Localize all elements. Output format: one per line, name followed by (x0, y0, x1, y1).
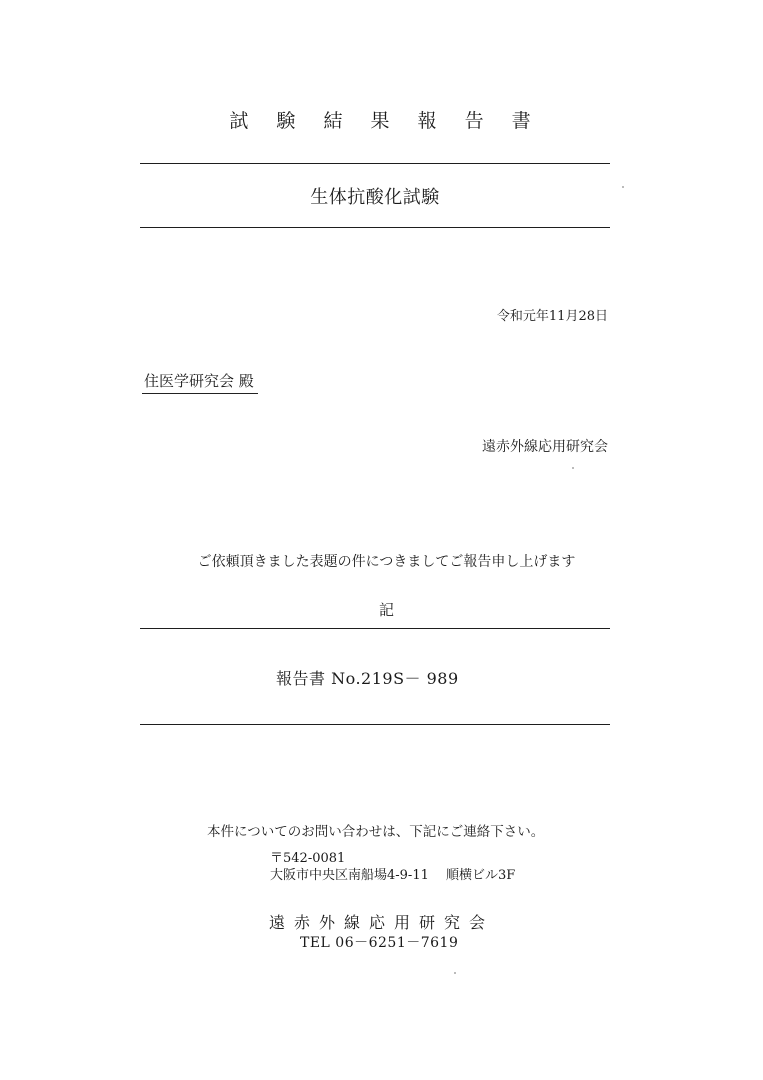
street-address: 大阪市中央区南船場4-9-11 順横ビル3F (270, 867, 515, 884)
divider-line (140, 163, 610, 164)
report-number: 報告書 No.219S－ 989 (276, 666, 459, 689)
document-title: 試 験 結 果 報 告 書 (0, 106, 763, 133)
footer-organization: 遠赤外線応用研究会 (269, 910, 494, 933)
divider-line (140, 227, 610, 228)
ki-heading: 記 (0, 599, 763, 620)
addressee: 住医学研究会 殿 (142, 370, 258, 394)
intro-text: ご依頼頂きました表題の件につきましてご報告申し上げます (0, 551, 763, 571)
scan-speck (454, 972, 456, 974)
scan-speck (572, 467, 574, 469)
scan-speck (622, 186, 624, 188)
divider-line (140, 628, 610, 629)
report-date: 令和元年11月28日 (497, 305, 608, 324)
contact-address-block: 〒542-0081 大阪市中央区南船場4-9-11 順横ビル3F (270, 850, 515, 884)
divider-line (140, 724, 610, 725)
test-subject: 生体抗酸化試験 (140, 183, 610, 209)
sender-organization: 遠赤外線応用研究会 (482, 436, 608, 456)
phone-number: TEL 06－6251－7619 (300, 932, 458, 952)
contact-note: 本件についてのお問い合わせは、下記にご連絡下さい。 (207, 820, 544, 840)
postal-code: 〒542-0081 (270, 850, 515, 867)
